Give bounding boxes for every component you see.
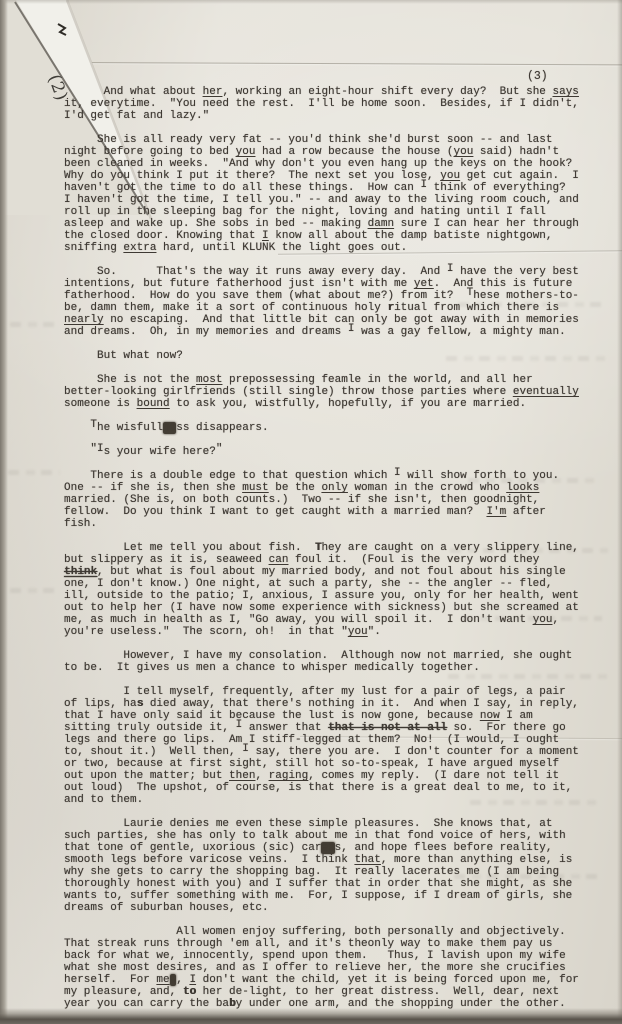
scan-edge <box>0 1008 622 1024</box>
paragraph: I tell myself, frequently, after my lust… <box>64 686 581 806</box>
scanned-typewritten-page: (2) (3) And what about her, working an e… <box>0 0 622 1024</box>
scan-edge <box>0 0 622 4</box>
page-number: (3) <box>527 70 548 83</box>
paragraph: But what now? <box>64 350 581 362</box>
paragraph: Laurie denies me even these simple pleas… <box>64 818 581 914</box>
paragraph: "Is your wife here?" <box>64 446 581 458</box>
paragraph: All women enjoy suffering, both personal… <box>64 926 581 1010</box>
paragraph: The wisfullness disappears. <box>64 422 581 434</box>
bleed-through-artifact <box>10 588 56 593</box>
paragraph: She is not the most prepossessing feamle… <box>64 374 581 410</box>
scan-edge <box>0 0 8 1024</box>
paragraph: Let me tell you about fish. They are cau… <box>64 542 581 638</box>
bleed-through-artifact <box>8 470 60 475</box>
bleed-through-artifact <box>10 322 58 327</box>
paragraph: There is a double edge to that question … <box>64 470 581 530</box>
paragraph: However, I have my consolation. Although… <box>64 650 581 674</box>
paragraph: She is all ready very fat -- you'd think… <box>64 134 581 254</box>
paragraph: And what about her, working an eight-hou… <box>64 86 581 122</box>
scan-edge <box>617 0 622 1024</box>
paragraph: So. That's the way it runs away every da… <box>64 266 581 338</box>
typed-text: And what about her, working an eight-hou… <box>64 86 581 1022</box>
